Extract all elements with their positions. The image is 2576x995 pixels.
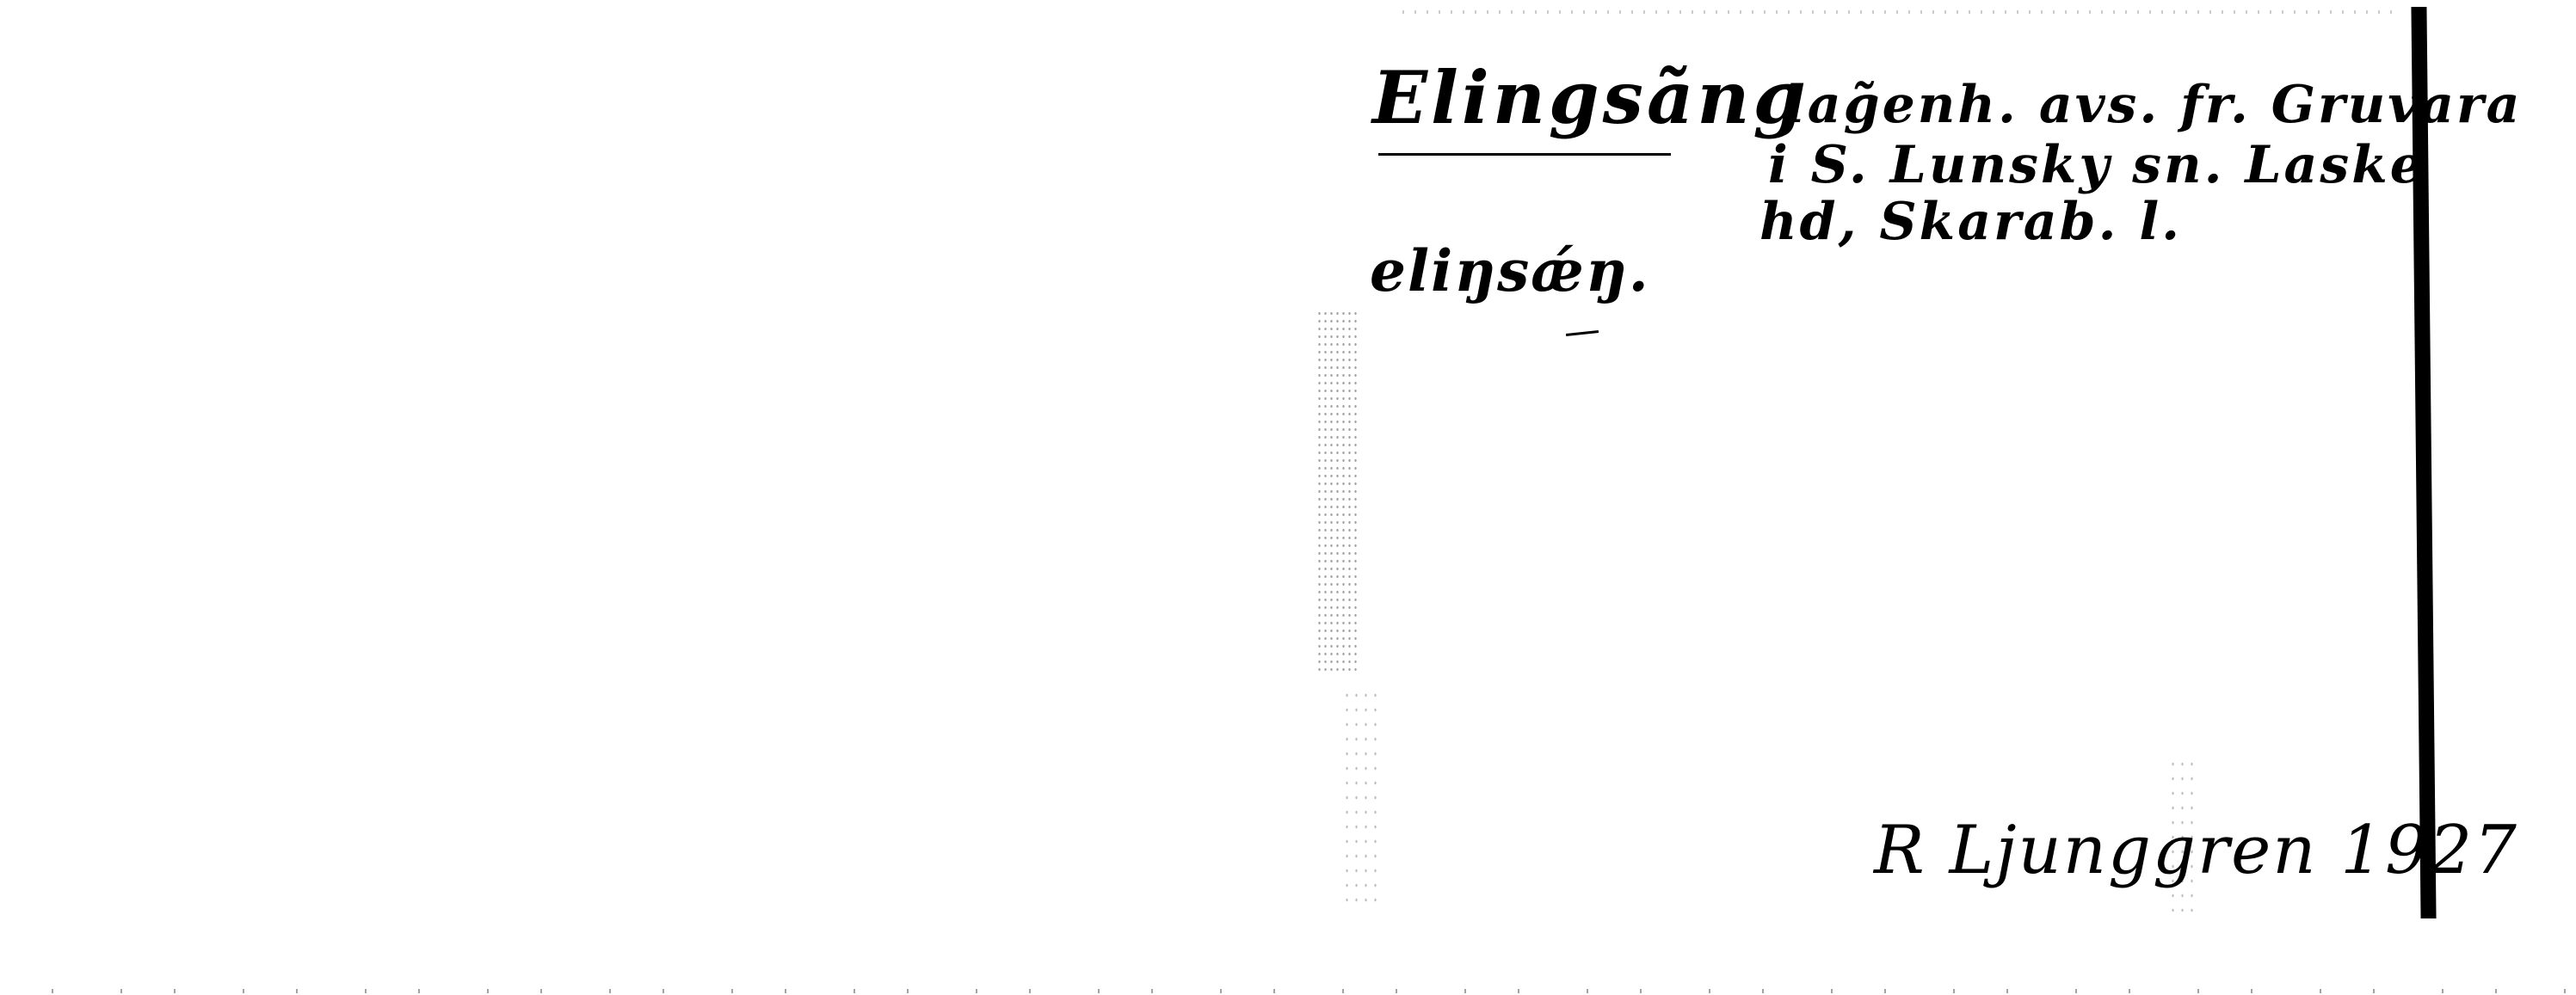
scan-noise-bottom xyxy=(0,989,2576,993)
blank-scan-area xyxy=(0,0,1291,995)
archive-card: Elingsãng eliŋsǽŋ. lag̃enh. avs. fr. Gru… xyxy=(1299,0,2435,937)
locality-line-3: hd, Skarab. l. xyxy=(1759,196,2182,248)
locality-line-2: i S. Lunsky sn. Laske xyxy=(1768,139,2425,191)
headword-underline xyxy=(1378,153,1671,156)
scan-noise-left-edge xyxy=(1316,310,1359,671)
scan-noise-top xyxy=(1402,10,2400,14)
scan-noise-left-lower xyxy=(1342,688,1377,912)
card-right-border-bar xyxy=(2411,7,2436,918)
headword: Elingsãng xyxy=(1372,62,1807,134)
phonetic-underline-mark xyxy=(1566,330,1599,336)
phonetic-transcription: eliŋsǽŋ. xyxy=(1370,243,1650,299)
